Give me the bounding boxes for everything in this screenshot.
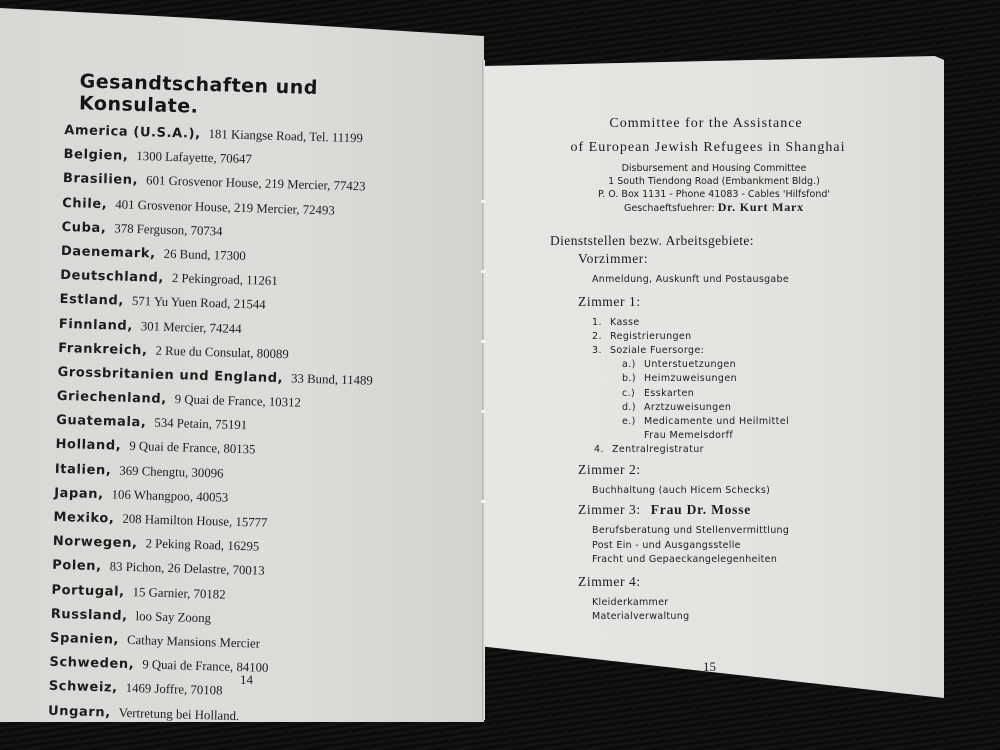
stitch-mark: [481, 200, 486, 203]
country-name: Deutschland,: [60, 268, 164, 286]
stitch-mark: [481, 500, 486, 503]
room-vorzimmer-label: Vorzimmer:: [578, 251, 890, 267]
address: 2 Peking Road, 16295: [145, 537, 259, 554]
country-name: Schweiz,: [49, 679, 118, 696]
country-name: Chile,: [62, 196, 107, 212]
country-name: Finnland,: [59, 316, 133, 333]
stitch-mark: [481, 270, 486, 273]
address: 1469 Joffre, 70108: [125, 681, 222, 698]
room-subitem: c.)Esskarten: [622, 387, 890, 401]
room-item: Anmeldung, Auskunft und Postausgabe: [592, 273, 890, 288]
room-item: Materialverwaltung: [592, 610, 890, 625]
committee-subtitle: Disbursement and Housing Committee: [564, 162, 864, 175]
room-subitem: a.)Unterstuetzungen: [622, 358, 890, 372]
address: 378 Ferguson, 70734: [114, 221, 223, 238]
address: 401 Grosvenor House, 219 Mercier, 72493: [115, 197, 335, 217]
country-name: America (U.S.A.),: [64, 123, 201, 142]
address: Vertretung bei Holland.: [119, 705, 240, 722]
address: 83 Pichon, 26 Delastre, 70013: [109, 560, 264, 578]
country-name: Spanien,: [50, 631, 119, 648]
address: 1300 Lafayette, 70647: [136, 149, 252, 166]
country-name: Griechenland,: [57, 389, 167, 407]
country-name: Portugal,: [51, 582, 125, 599]
country-name: Daenemark,: [61, 244, 156, 262]
address: 9 Quai de France, 10312: [175, 392, 302, 410]
address: 571 Yu Yuen Road, 21544: [132, 294, 266, 312]
address: 601 Grosvenor House, 219 Mercier, 77423: [146, 174, 366, 194]
manager-name: Dr. Kurt Marx: [718, 200, 804, 214]
country-name: Guatemala,: [56, 413, 147, 431]
address: 106 Whangpoo, 40053: [111, 487, 228, 504]
committee-info: Committee for the Assistance of European…: [550, 116, 890, 625]
address: loo Say Zoong: [135, 609, 211, 625]
address: 2 Pekingroad, 11261: [172, 271, 278, 288]
manager-label: Geschaeftsfuehrer:: [624, 203, 715, 214]
country-name: Grossbritanien und England,: [57, 365, 283, 386]
address: 9 Quai de France, 80135: [129, 439, 256, 457]
country-name: Frankreich,: [58, 341, 148, 358]
room-1-label: Zimmer 1:: [578, 294, 890, 310]
address: 181 Kiangse Road, Tel. 11199: [208, 127, 363, 145]
stitch-mark: [481, 410, 486, 413]
country-name: Holland,: [55, 437, 121, 454]
country-name: Ungarn,: [48, 703, 111, 720]
address: 208 Hamilton House, 15777: [122, 512, 267, 530]
country-name: Norwegen,: [53, 534, 138, 551]
committee-manager: Geschaeftsfuehrer: Dr. Kurt Marx: [564, 201, 864, 215]
page-title: Gesandtschaften und Konsulate.: [79, 70, 436, 124]
room-item: 2.Registrierungen: [592, 330, 890, 344]
address: 301 Mercier, 74244: [141, 319, 242, 336]
room-4-label: Zimmer 4:: [578, 574, 890, 590]
room-item: Buchhaltung (auch Hicem Schecks): [592, 484, 890, 499]
country-name: Japan,: [54, 486, 104, 502]
room-item: 3.Soziale Fuersorge:: [592, 344, 890, 358]
room-2-label: Zimmer 2:: [578, 462, 890, 478]
address: 2 Rue du Consulat, 80089: [155, 343, 289, 361]
committee-contact: P. O. Box 1131 - Phone 41083 - Cables 'H…: [564, 188, 864, 201]
room-item: 1.Kasse: [592, 316, 890, 330]
room-item: Kleiderkammer: [592, 596, 890, 611]
address: Cathay Mansions Mercier: [127, 633, 260, 651]
room-subitem: e.)Medicamente und Heilmittel: [622, 415, 890, 429]
section-title: Dienststellen bezw. Arbeitsgebiete:: [550, 233, 890, 249]
room-3-label: Zimmer 3:Frau Dr. Mosse: [578, 502, 890, 518]
country-name: Mexiko,: [53, 510, 114, 527]
room-3-person: Frau Dr. Mosse: [651, 502, 751, 517]
country-name: Schweden,: [49, 655, 134, 672]
address: 369 Chengtu, 30096: [119, 463, 224, 480]
stitch-mark: [481, 340, 486, 343]
country-name: Italien,: [55, 461, 112, 478]
page-number: 15: [703, 659, 716, 675]
country-name: Estland,: [59, 292, 124, 309]
address: 33 Bund, 11489: [291, 371, 373, 387]
room-item: Post Ein - und Ausgangsstelle: [592, 539, 890, 554]
country-name: Cuba,: [61, 220, 106, 236]
room-item: Berufsberatung und Stellenvermittlung: [592, 524, 890, 539]
address: 26 Bund, 17300: [163, 247, 245, 263]
country-name: Belgien,: [63, 147, 128, 164]
room-subitem-continued: Frau Memelsdorff: [644, 429, 890, 443]
room-item: Fracht und Gepaeckangelegenheiten: [592, 553, 890, 568]
address: 15 Garnier, 70182: [132, 585, 225, 602]
committee-title-line1: Committee for the Assistance: [586, 116, 826, 132]
country-name: Brasilien,: [63, 171, 139, 188]
committee-address: 1 South Tiendong Road (Embankment Bldg.): [564, 175, 864, 188]
consulates-list: Gesandtschaften und Konsulate. America (…: [48, 70, 436, 733]
book-spine: [482, 60, 485, 720]
country-name: Russland,: [51, 607, 128, 624]
address: 534 Petain, 75191: [154, 416, 247, 433]
page-number: 14: [240, 672, 253, 688]
room-subitem: d.)Arztzuweisungen: [622, 401, 890, 415]
committee-title-line2: of European Jewish Refugees in Shanghai: [550, 140, 866, 156]
room-item: 4.Zentralregistratur: [594, 443, 890, 457]
country-name: Polen,: [52, 558, 102, 574]
room-subitem: b.)Heimzuweisungen: [622, 372, 890, 386]
